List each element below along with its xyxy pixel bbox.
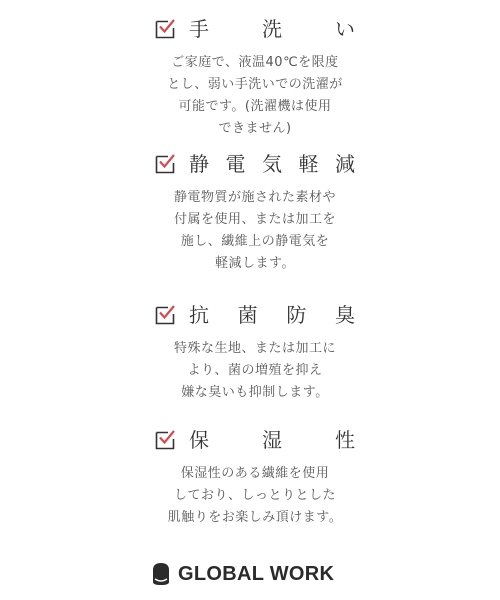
- checkbox-checked-icon: [155, 428, 175, 448]
- title-char: 電: [226, 148, 246, 177]
- description-line: 嫌な臭いも抑制します。: [155, 382, 355, 404]
- description-line: できません): [155, 118, 355, 140]
- feature-title: 抗 菌 防 臭: [189, 299, 355, 328]
- title-char: 手: [189, 13, 209, 42]
- feature-moisturizing: 保 湿 性 保湿性のある繊維を使用 しており、しっとりとした 肌触りをお楽しみ頂…: [155, 423, 355, 529]
- feature-description: 静電物質が施された素材や 付属を使用、または加工を 施し、繊維上の静電気を 軽減…: [155, 187, 355, 275]
- description-line: 付属を使用、または加工を: [155, 209, 355, 231]
- title-char: 保: [189, 424, 209, 453]
- feature-heading: 手 洗 い: [155, 12, 355, 42]
- title-char: 軽: [299, 148, 319, 177]
- feature-description: 特殊な生地、または加工に より、菌の増殖を抑え 嫌な臭いも抑制します。: [155, 338, 355, 404]
- feature-heading: 保 湿 性: [155, 423, 355, 453]
- title-char: 臭: [335, 299, 355, 328]
- description-line: 特殊な生地、または加工に: [155, 338, 355, 360]
- title-char: 湿: [262, 424, 282, 453]
- brand-name: GLOBAL WORK: [178, 563, 334, 586]
- title-char: 静: [189, 148, 209, 177]
- description-line: 静電物質が施された素材や: [155, 187, 355, 209]
- description-line: 保湿性のある繊維を使用: [155, 463, 355, 485]
- title-char: 菌: [238, 299, 258, 328]
- description-line: 軽減します。: [155, 253, 355, 275]
- feature-title: 手 洗 い: [189, 13, 355, 42]
- feature-antistatic: 静 電 気 軽 減 静電物質が施された素材や 付属を使用、または加工を 施し、繊…: [155, 147, 355, 275]
- checkbox-checked-icon: [155, 303, 175, 323]
- description-line: 可能です。(洗濯機は使用: [155, 96, 355, 118]
- feature-antibacterial: 抗 菌 防 臭 特殊な生地、または加工に より、菌の増殖を抑え 嫌な臭いも抑制し…: [155, 298, 355, 404]
- description-line: 施し、繊維上の静電気を: [155, 231, 355, 253]
- feature-description: 保湿性のある繊維を使用 しており、しっとりとした 肌触りをお楽しみ頂けます。: [155, 463, 355, 529]
- feature-heading: 静 電 気 軽 減: [155, 147, 355, 177]
- title-char: 防: [286, 299, 306, 328]
- feature-hand-wash: 手 洗 い ご家庭で、液温40℃を限度 とし、弱い手洗いでの洗濯が 可能です。(…: [155, 12, 355, 140]
- title-char: 抗: [189, 299, 209, 328]
- title-char: 減: [335, 148, 355, 177]
- description-line: ご家庭で、液温40℃を限度: [155, 52, 355, 74]
- feature-title: 保 湿 性: [189, 424, 355, 453]
- brand-logo-icon: [152, 562, 170, 586]
- title-char: 洗: [262, 13, 282, 42]
- feature-heading: 抗 菌 防 臭: [155, 298, 355, 328]
- checkbox-checked-icon: [155, 152, 175, 172]
- description-line: より、菌の増殖を抑え: [155, 360, 355, 382]
- title-char: 性: [335, 424, 355, 453]
- title-char: い: [335, 13, 355, 42]
- description-line: 肌触りをお楽しみ頂けます。: [155, 507, 355, 529]
- description-line: とし、弱い手洗いでの洗濯が: [155, 74, 355, 96]
- feature-title: 静 電 気 軽 減: [189, 148, 355, 177]
- feature-description: ご家庭で、液温40℃を限度 とし、弱い手洗いでの洗濯が 可能です。(洗濯機は使用…: [155, 52, 355, 140]
- brand-logo: GLOBAL WORK: [152, 562, 334, 586]
- checkbox-checked-icon: [155, 17, 175, 37]
- title-char: 気: [262, 148, 282, 177]
- description-line: しており、しっとりとした: [155, 485, 355, 507]
